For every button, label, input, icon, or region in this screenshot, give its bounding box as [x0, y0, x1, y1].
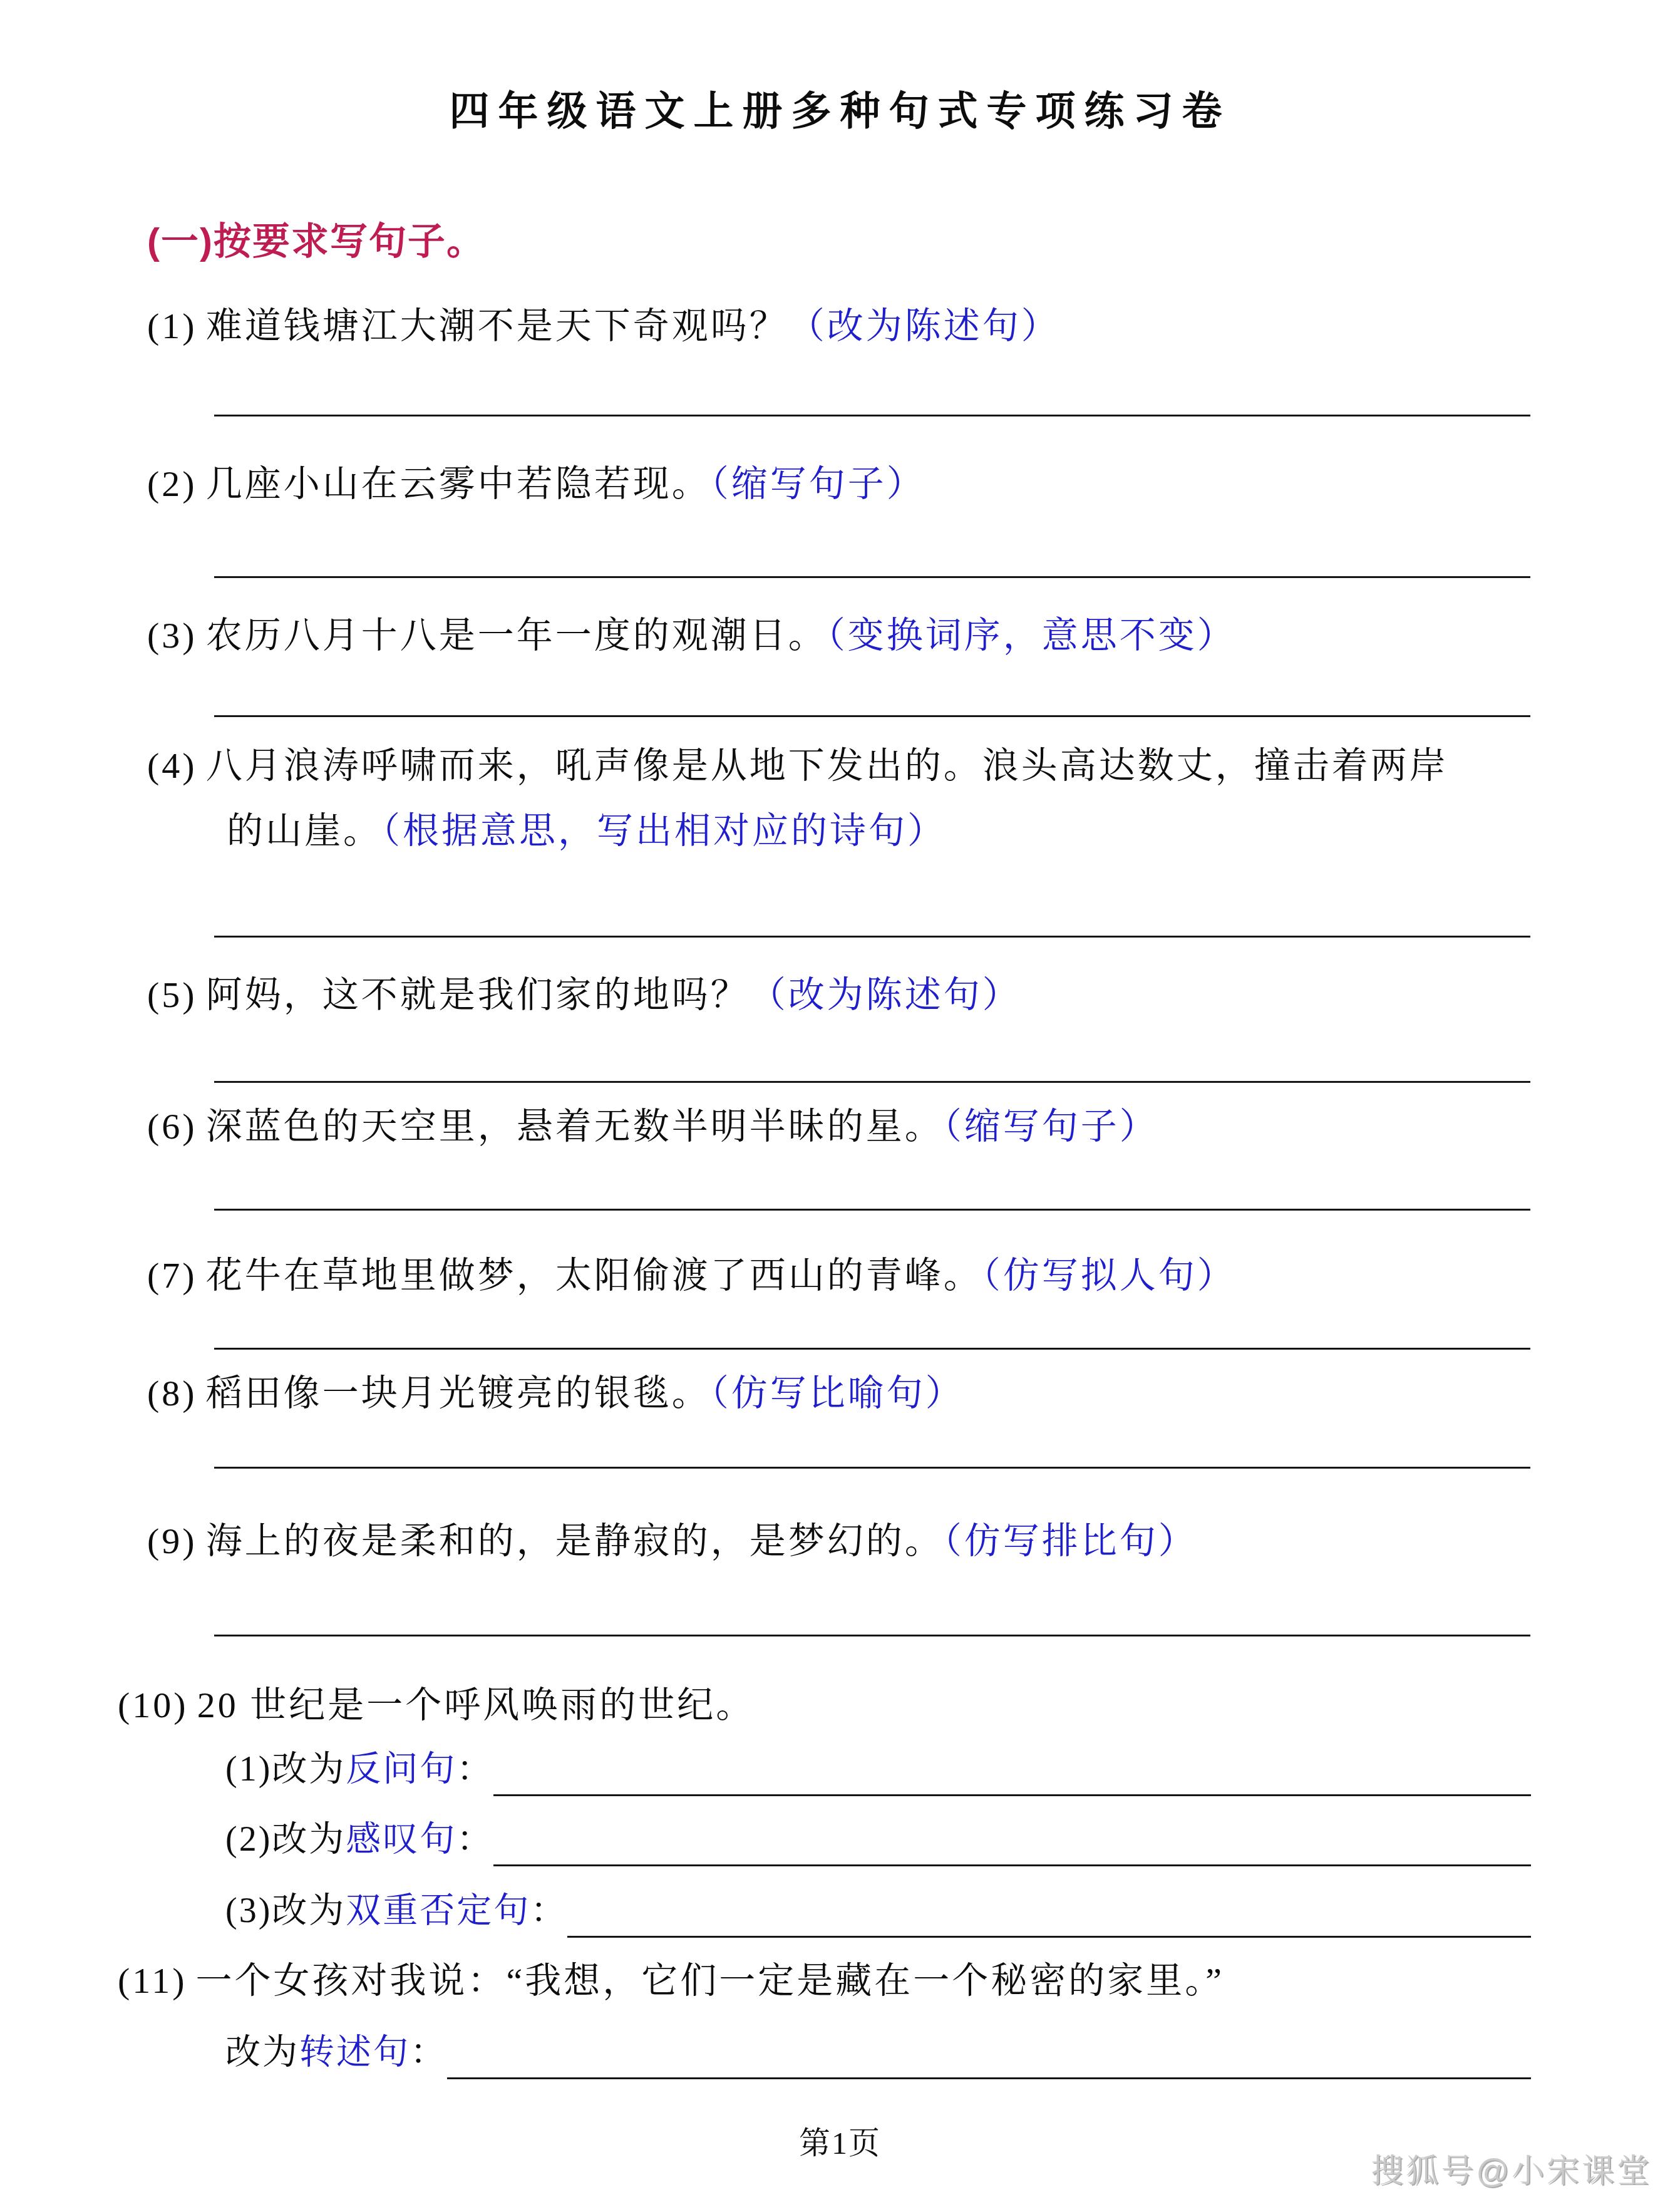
answer-line-9 — [214, 1635, 1530, 1636]
question-text: 海上的夜是柔和的，是静寂的，是梦幻的。 — [206, 1521, 944, 1561]
question-text: 的山崖。 — [227, 810, 382, 851]
question-number: (9) — [147, 1521, 197, 1561]
question-number: (7) — [147, 1255, 197, 1296]
sub-item-colon: ： — [410, 2033, 447, 2072]
question-11-sub: 改为转述句： — [225, 2034, 1531, 2079]
question-number: (10) — [118, 1685, 188, 1725]
sub-item-prefix: 改为 — [272, 1820, 346, 1859]
question-hint: （缩写句子） — [711, 463, 925, 504]
sub-item-term: 反问句 — [346, 1750, 456, 1789]
question-number: (5) — [147, 974, 197, 1015]
question-4-line-1: (4)八月浪涛呼啸而来，吼声像是从地下发出的。浪头高达数丈，撞击着两岸 — [147, 745, 1448, 787]
section-header: (一)按要求写句子。 — [147, 212, 485, 266]
question-text: 一个女孩对我说：“我想，它们一定是藏在一个秘密的家里。” — [195, 1960, 1224, 2001]
question-hint: （改为陈述句） — [750, 974, 1021, 1015]
question-hint: （变换词序，意思不变） — [827, 615, 1236, 656]
question-text: 八月浪涛呼啸而来，吼声像是从地下发出的。浪头高达数丈，撞击着两岸 — [206, 745, 1448, 786]
question-hint: （根据意思，写出相对应的诗句） — [382, 810, 946, 851]
sub-item-term: 感叹句 — [346, 1820, 456, 1859]
sub-item-label: (1)改为反问句： — [225, 1741, 493, 1796]
question-hint: （改为陈述句） — [788, 306, 1060, 346]
question-text: 20 世纪是一个呼风唤雨的世纪。 — [197, 1685, 755, 1725]
question-10: (10)20 世纪是一个呼风唤雨的世纪。 — [118, 1685, 755, 1727]
answer-line-2 — [214, 576, 1530, 578]
question-10-sub-1: (1)改为反问句： — [225, 1751, 1531, 1796]
worksheet-page: 四年级语文上册多种句式专项练习卷 (一)按要求写句子。 (1)难道钱塘江大潮不是… — [0, 0, 1680, 2202]
question-text: 几座小山在云雾中若隐若现。 — [206, 463, 711, 504]
question-7: (7)花牛在草地里做梦，太阳偷渡了西山的青峰。（仿写拟人句） — [147, 1255, 1236, 1297]
question-number: (3) — [147, 615, 197, 656]
answer-line-3 — [214, 715, 1530, 717]
sub-item-label: 改为转述句： — [225, 2024, 447, 2079]
answer-line-5 — [214, 1081, 1530, 1083]
question-number: (4) — [147, 745, 197, 786]
sub-item-label: (3)改为双重否定句： — [225, 1883, 567, 1938]
question-text: 稻田像一块月光镀亮的银毯。 — [206, 1373, 711, 1414]
sub-item-term: 双重否定句 — [346, 1891, 530, 1930]
question-number: (8) — [147, 1373, 197, 1414]
answer-line-7 — [214, 1348, 1530, 1350]
sub-item-number: (3) — [225, 1891, 272, 1930]
question-6: (6)深蓝色的天空里，悬着无数半明半昧的星。（缩写句子） — [147, 1106, 1158, 1148]
sub-item-term: 转述句 — [299, 2033, 410, 2072]
question-10-sub-3: (3)改为双重否定句： — [225, 1893, 1531, 1938]
sub-item-prefix: 改为 — [225, 2033, 299, 2072]
write-line — [493, 1819, 1531, 1866]
sub-item-number: (2) — [225, 1820, 272, 1859]
question-number: (11) — [118, 1960, 187, 2001]
write-line — [493, 1749, 1531, 1796]
watermark: 搜狐号@小宋课堂 — [1371, 2144, 1652, 2191]
question-hint: （缩写句子） — [944, 1106, 1158, 1147]
question-3: (3)农历八月十八是一年一度的观潮日。（变换词序，意思不变） — [147, 615, 1236, 657]
page-title: 四年级语文上册多种句式专项练习卷 — [0, 79, 1680, 137]
question-text: 农历八月十八是一年一度的观潮日。 — [206, 615, 827, 656]
question-number: (2) — [147, 463, 197, 504]
sub-item-prefix: 改为 — [272, 1750, 346, 1789]
question-8: (8)稻田像一块月光镀亮的银毯。（仿写比喻句） — [147, 1373, 964, 1415]
question-text: 难道钱塘江大潮不是天下奇观吗？ — [206, 306, 788, 346]
answer-line-6 — [214, 1209, 1530, 1211]
sub-item-label: (2)改为感叹句： — [225, 1811, 493, 1866]
question-1: (1)难道钱塘江大潮不是天下奇观吗？（改为陈述句） — [147, 306, 1060, 348]
question-9: (9)海上的夜是柔和的，是静寂的，是梦幻的。（仿写排比句） — [147, 1521, 1197, 1563]
question-number: (1) — [147, 306, 197, 346]
question-hint: （仿写排比句） — [944, 1521, 1197, 1561]
question-text: 阿妈，这不就是我们家的地吗？ — [206, 974, 750, 1015]
question-number: (6) — [147, 1106, 197, 1147]
write-line — [447, 2032, 1531, 2079]
question-hint: （仿写拟人句） — [982, 1255, 1236, 1296]
question-10-sub-2: (2)改为感叹句： — [225, 1821, 1531, 1866]
question-5: (5)阿妈，这不就是我们家的地吗？（改为陈述句） — [147, 974, 1021, 1016]
answer-line-4 — [214, 936, 1530, 938]
question-hint: （仿写比喻句） — [711, 1373, 964, 1414]
answer-line-1 — [214, 415, 1530, 416]
sub-item-colon: ： — [530, 1891, 567, 1930]
sub-item-colon: ： — [456, 1750, 493, 1789]
question-text: 花牛在草地里做梦，太阳偷渡了西山的青峰。 — [206, 1255, 982, 1296]
sub-item-colon: ： — [456, 1820, 493, 1859]
sub-item-number: (1) — [225, 1750, 272, 1789]
question-text: 深蓝色的天空里，悬着无数半明半昧的星。 — [206, 1106, 944, 1147]
answer-line-8 — [214, 1467, 1530, 1469]
question-2: (2)几座小山在云雾中若隐若现。（缩写句子） — [147, 463, 925, 505]
question-11: (11)一个女孩对我说：“我想，它们一定是藏在一个秘密的家里。” — [118, 1960, 1224, 2002]
question-4-line-2: 的山崖。（根据意思，写出相对应的诗句） — [227, 810, 946, 852]
write-line — [567, 1891, 1531, 1938]
sub-item-prefix: 改为 — [272, 1891, 346, 1930]
